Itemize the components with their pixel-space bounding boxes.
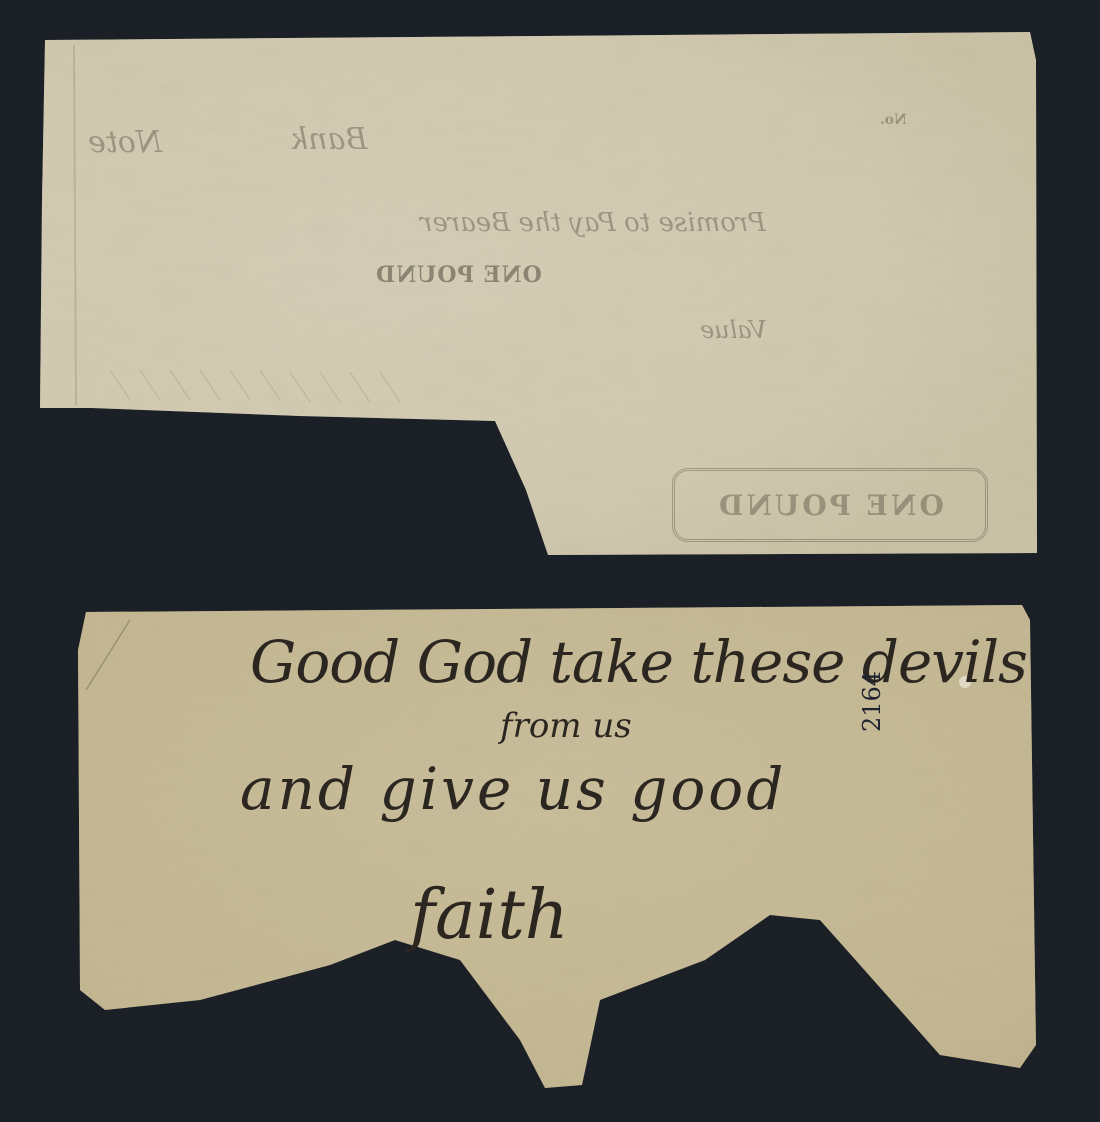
banknote-promise-text: Promise to Pay the Bearer — [420, 208, 766, 238]
side-annotation: 2164 — [858, 671, 886, 732]
banknote-note-label: Note — [88, 125, 162, 160]
banknote-bank-name: Bank — [290, 122, 367, 157]
stamp-text: ONE POUND — [716, 489, 944, 522]
handwriting-line-3: and give us good — [240, 755, 786, 823]
photo-scene: Bank Note No. Promise to Pay the Bearer … — [0, 0, 1100, 1122]
banknote-amount: ONE POUND — [375, 262, 542, 288]
banknote-number-label: No. — [880, 112, 907, 128]
banknote-value-word: Value — [700, 316, 767, 344]
handwriting-line-2: from us — [500, 706, 632, 746]
handwriting-line-4: faith — [410, 876, 569, 955]
banknote-denomination-stamp: ONE POUND — [672, 468, 988, 542]
handwriting-line-1: Good God take these devils — [250, 628, 1027, 696]
